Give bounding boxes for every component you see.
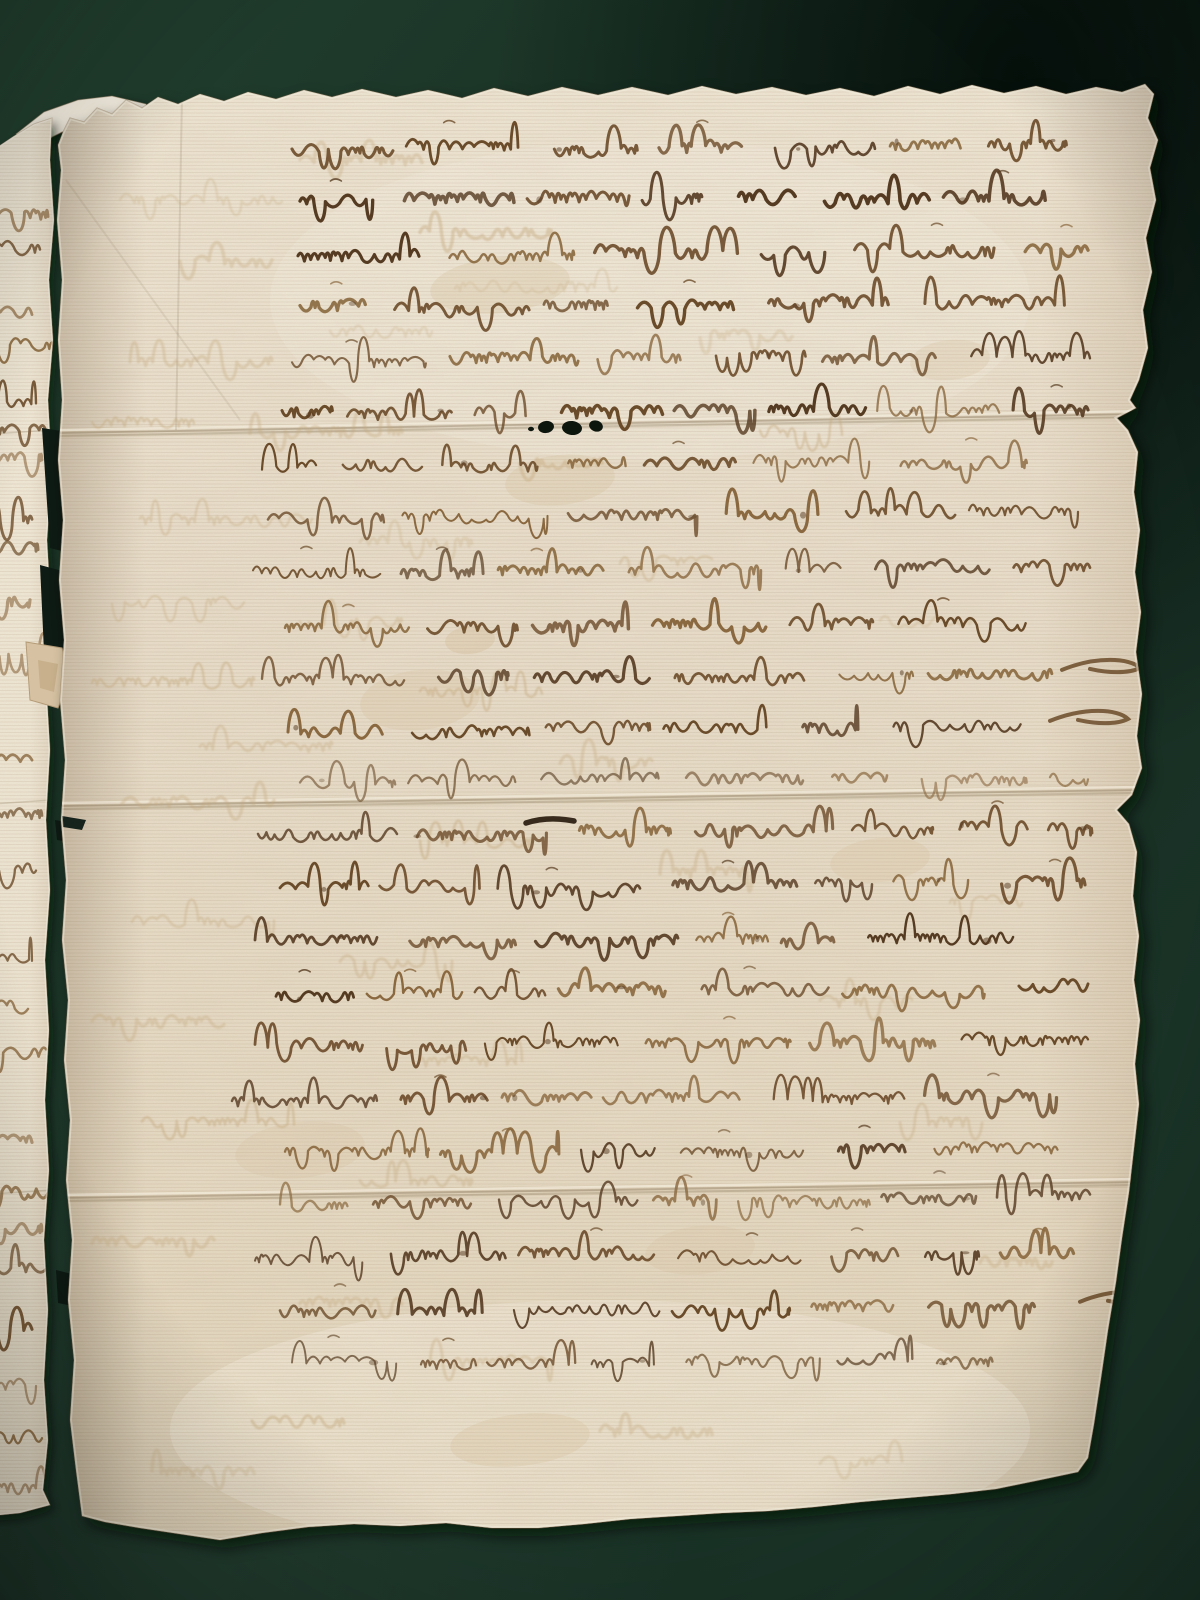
photo-vignette (0, 0, 1200, 1600)
manuscript-photo (0, 0, 1200, 1600)
manuscript-scene (0, 0, 1200, 1600)
